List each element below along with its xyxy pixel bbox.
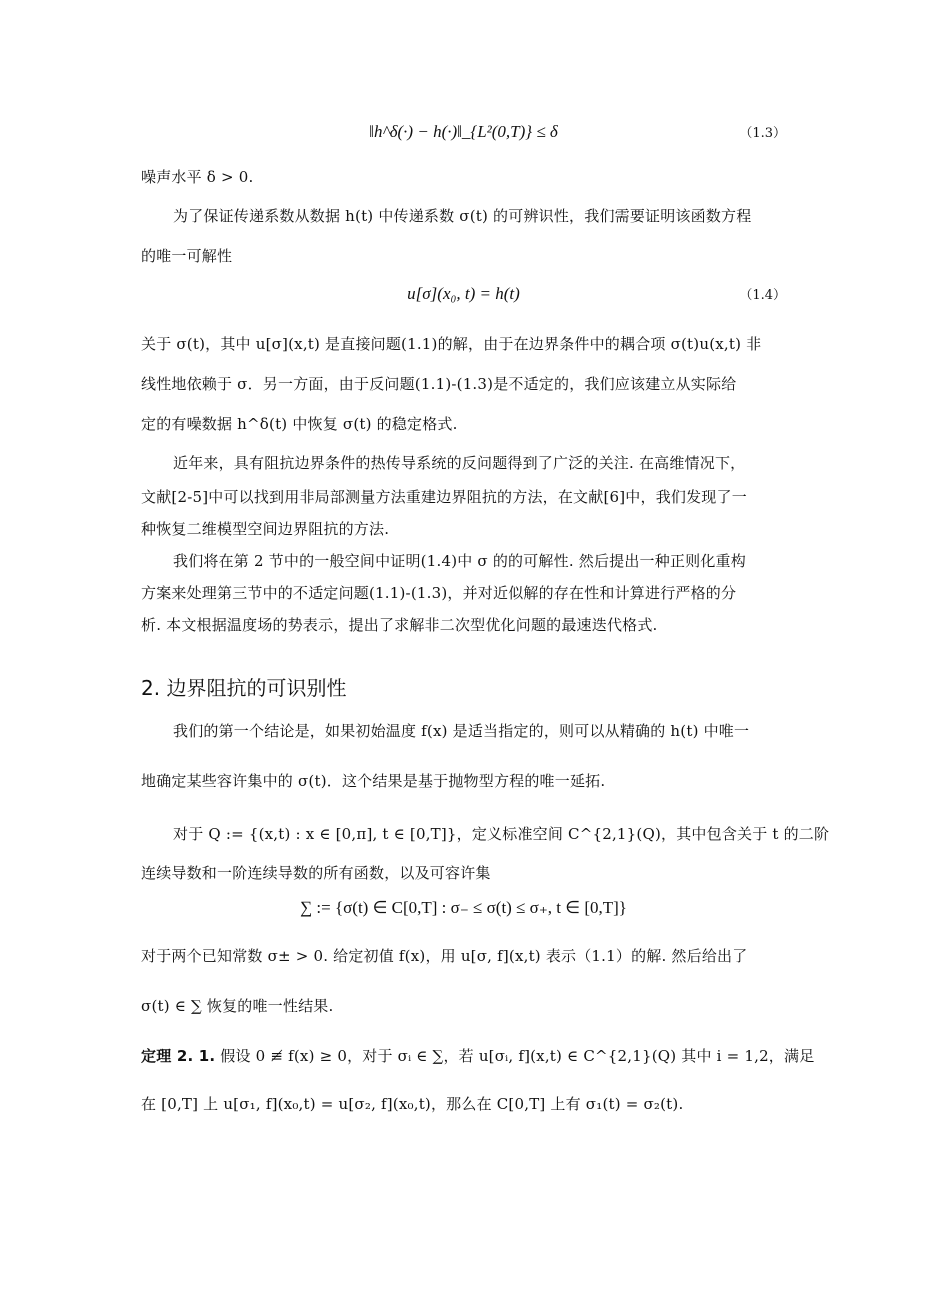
- paragraph-constants-line1: 对于两个已知常数 σ± > 0. 给定初值 f(x)，用 u[σ, f](x,t…: [141, 945, 786, 966]
- paragraph-first-result-line1: 我们的第一个结论是，如果初始温度 f(x) 是适当指定的，则可以从精确的 h(t…: [141, 720, 818, 741]
- theorem-text: 假设 0 ≢ f(x) ≥ 0，对于 σᵢ ∈ ∑，若 u[σᵢ, f](x,t…: [220, 1047, 814, 1065]
- equation-body: ‖h^δ(·) − h(·)‖_{L²(0,T)} ≤ δ: [369, 122, 558, 142]
- equation-number: （1.4）: [739, 284, 786, 303]
- paragraph-recent-line1: 近年来，具有阻抗边界条件的热传导系统的反问题得到了广泛的关注. 在高维情况下，: [141, 452, 818, 473]
- equation-1-3: ‖h^δ(·) − h(·)‖_{L²(0,T)} ≤ δ （1.3）: [141, 122, 786, 142]
- paragraph-plan-line3: 析. 本文根据温度场的势表示，提出了求解非二次型优化问题的最速迭代格式.: [141, 614, 786, 635]
- theorem-2-1-line1: 定理 2. 1. 假设 0 ≢ f(x) ≥ 0，对于 σᵢ ∈ ∑，若 u[σ…: [141, 1045, 786, 1066]
- paragraph-recent-line2: 文献[2-5]中可以找到用非局部测量方法重建边界阻抗的方法，在文献[6]中，我们…: [141, 486, 786, 507]
- equation-admissible-set: ∑ := {σ(t) ∈ C[0,T] : σ₋ ≤ σ(t) ≤ σ₊, t …: [141, 898, 786, 918]
- paragraph-plan-line2: 方案来处理第三节中的不适定问题(1.1)-(1.3)，并对近似解的存在性和计算进…: [141, 582, 786, 603]
- equation-body: ∑ := {σ(t) ∈ C[0,T] : σ₋ ≤ σ(t) ≤ σ₊, t …: [300, 898, 627, 918]
- theorem-2-1-line2: 在 [0,T] 上 u[σ₁, f](x₀,t) = u[σ₂, f](x₀,t…: [141, 1093, 786, 1114]
- paragraph-about-line1: 关于 σ(t)，其中 u[σ](x,t) 是直接问题(1.1)的解，由于在边界条…: [141, 333, 786, 354]
- section-heading: 2. 边界阻抗的可识别性: [141, 672, 346, 701]
- equation-1-4: u[σ](x₀, t) = h(t) （1.4）: [141, 284, 786, 304]
- paragraph-plan-line1: 我们将在第 2 节中的一般空间中证明(1.4)中 σ 的的可解性. 然后提出一种…: [141, 550, 818, 571]
- equation-number: （1.3）: [739, 122, 786, 141]
- theorem-label: 定理 2. 1.: [141, 1047, 215, 1065]
- paragraph-identifiability-line2: 的唯一可解性: [141, 245, 786, 266]
- paper-page: ‖h^δ(·) − h(·)‖_{L²(0,T)} ≤ δ （1.3） 噪声水平…: [0, 0, 926, 1309]
- paragraph-space-line1: 对于 Q := {(x,t) : x ∈ [0,π], t ∈ [0,T]}，定…: [141, 823, 818, 844]
- paragraph-noise: 噪声水平 δ > 0.: [141, 166, 786, 187]
- paragraph-constants-line2: σ(t) ∈ ∑ 恢复的唯一性结果.: [141, 995, 786, 1016]
- paragraph-recent-line3: 种恢复二维模型空间边界阻抗的方法.: [141, 518, 786, 539]
- equation-body: u[σ](x₀, t) = h(t): [407, 284, 520, 304]
- paragraph-identifiability-line1: 为了保证传递系数从数据 h(t) 中传递系数 σ(t) 的可辨识性，我们需要证明…: [141, 205, 818, 226]
- paragraph-about-line2: 线性地依赖于 σ．另一方面，由于反问题(1.1)-(1.3)是不适定的，我们应该…: [141, 373, 786, 394]
- paragraph-space-line2: 连续导数和一阶连续导数的所有函数，以及可容许集: [141, 862, 786, 883]
- paragraph-about-line3: 定的有噪数据 h^δ(t) 中恢复 σ(t) 的稳定格式.: [141, 413, 786, 434]
- paragraph-first-result-line2: 地确定某些容许集中的 σ(t)．这个结果是基于抛物型方程的唯一延拓.: [141, 770, 786, 791]
